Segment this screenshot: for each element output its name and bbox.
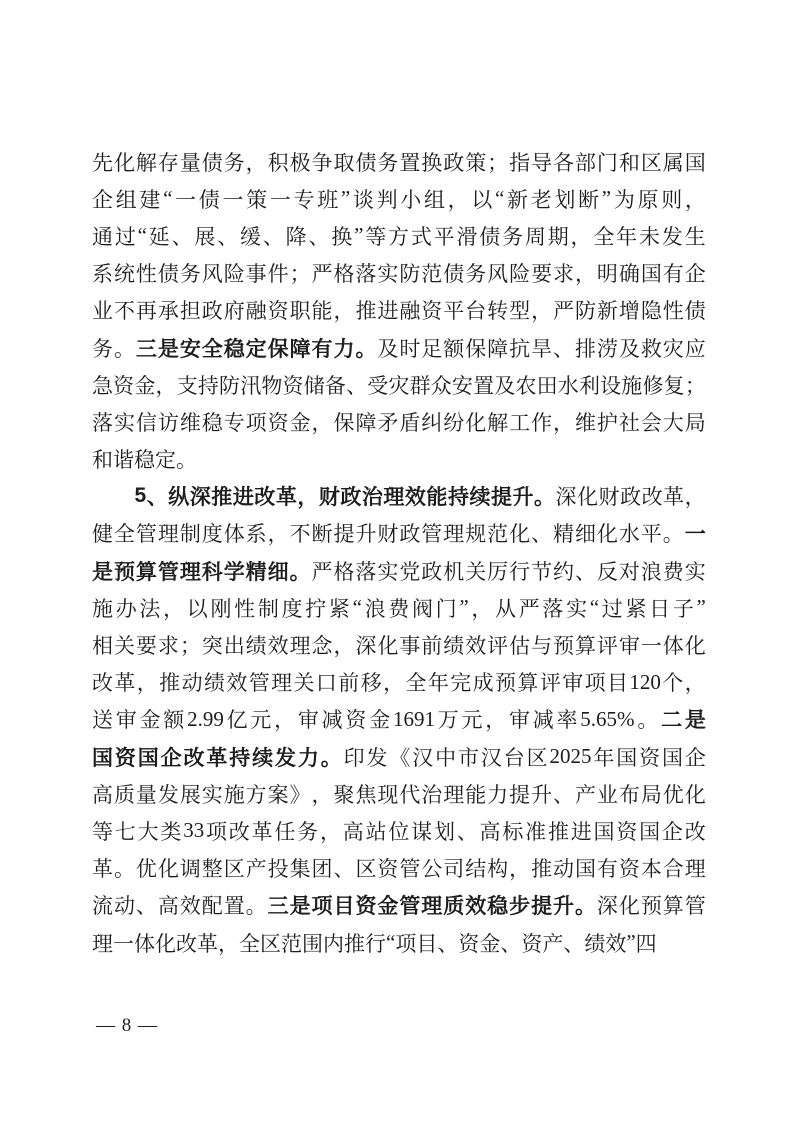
text-token: 政 (443, 147, 464, 177)
text-token: 完 (450, 667, 471, 697)
text-token: 系 (246, 518, 267, 548)
bold-text-token: 升 (553, 890, 574, 920)
text-token: 。 (114, 333, 135, 363)
text-token: 优 (136, 853, 157, 883)
text-token: 印 (344, 742, 365, 772)
text-token: 成 (473, 667, 494, 697)
text-token: 集 (290, 853, 311, 883)
text-token: 务 (377, 147, 398, 177)
text-token: 绩 (584, 928, 605, 958)
text-token: 理 (290, 630, 311, 660)
text-token: 实 (114, 407, 135, 437)
text-token: 汉 (481, 742, 502, 772)
bold-text-token: 质 (443, 890, 464, 920)
text-token: 行 (509, 556, 530, 586)
text-token: 台 (504, 742, 525, 772)
text-token: 发 (662, 221, 683, 251)
text-token: 班 (317, 184, 338, 214)
text-token: 细 (575, 518, 596, 548)
text-token: 取 (333, 147, 354, 177)
text-token: 持 (198, 370, 219, 400)
text-token: 案 (268, 779, 289, 809)
text-token: 念 (312, 630, 333, 660)
text-token: 化 (577, 481, 598, 511)
text-token: 涝 (597, 333, 618, 363)
text-token: 储 (304, 370, 325, 400)
text-token: 再 (136, 295, 157, 325)
text-token: 有 (597, 853, 618, 883)
text-token: 资 (345, 704, 366, 734)
text-token: 资 (458, 928, 479, 958)
text-token: 国 (641, 258, 662, 288)
bold-text-token: 。 (534, 481, 555, 511)
text-token: 升 (531, 779, 552, 809)
text-token: 动 (553, 853, 574, 883)
text-token: 物 (261, 370, 282, 400)
text-token: 统 (114, 258, 135, 288)
text-token: 政 (421, 556, 442, 586)
text-token: 调 (180, 853, 201, 883)
text-token: “ (495, 186, 504, 211)
bold-text-token: 是 (158, 333, 179, 363)
text-line: 急资金，支持防汛物资储备、受灾群众安置及农田水利设施修复； (92, 366, 706, 403)
text-token: 理 (92, 928, 113, 958)
bold-text-token: 。 (290, 556, 311, 586)
text-token: 置 (224, 890, 245, 920)
bold-text-token: 安 (180, 333, 201, 363)
text-token: 以 (471, 184, 492, 214)
text-token: 、 (457, 816, 478, 846)
text-token: 量 (136, 779, 157, 809)
text-token: 站 (366, 816, 387, 846)
text-token: 事 (246, 258, 267, 288)
text-token: 2025 (550, 744, 592, 769)
text-token: 预 (641, 890, 662, 920)
text-token: 、 (217, 221, 238, 251)
bold-text-token: 目 (333, 890, 354, 920)
text-token: 则 (661, 184, 682, 214)
text-token: ， (163, 593, 184, 623)
text-token: 推 (344, 928, 365, 958)
bold-text-token: 定 (246, 333, 267, 363)
text-token: 企 (662, 816, 683, 846)
text-token: 极 (290, 147, 311, 177)
text-token: ， (333, 295, 354, 325)
text-line: 系统性债务风险事件；严格落实防范债务风险要求，明确国有企 (92, 255, 706, 292)
text-token: ， (137, 667, 158, 697)
text-token: ， (685, 184, 706, 214)
text-token: 推 (531, 853, 552, 883)
text-token: 支 (177, 370, 198, 400)
text-token: 隐 (641, 295, 662, 325)
text-token: 反 (597, 556, 618, 586)
text-token: ， (571, 221, 592, 251)
text-token: 内 (323, 928, 344, 958)
bold-text-token: 步 (509, 890, 530, 920)
text-token: 策 (465, 147, 486, 177)
text-token: 解 (136, 147, 157, 177)
text-token: 谐 (113, 444, 134, 474)
text-token: 职 (290, 295, 311, 325)
text-token: 展 (180, 779, 201, 809)
bold-text-token: 企 (161, 742, 182, 772)
text-token: 约 (553, 556, 574, 586)
bold-text-token: 升 (512, 481, 533, 511)
text-token: 紧 (625, 593, 646, 623)
text-token: 增 (619, 295, 640, 325)
text-token: 受 (367, 370, 388, 400)
text-token: ， (312, 779, 333, 809)
text-token: 化 (685, 630, 706, 660)
text-token: 移 (361, 667, 382, 697)
text-token: 区 (260, 928, 281, 958)
text-token: 格 (333, 258, 354, 288)
text-token: 改 (642, 481, 663, 511)
text-token: 质 (114, 779, 135, 809)
text-token: 业 (597, 779, 618, 809)
text-token: 健 (92, 518, 113, 548)
bold-text-token: 力 (333, 333, 354, 363)
text-token: 。 (114, 853, 135, 883)
text-token: 周 (525, 221, 546, 251)
text-token: 格 (333, 556, 354, 586)
text-token: 展 (194, 221, 215, 251)
text-token: 过 (602, 593, 623, 623)
text-token: 性 (663, 295, 684, 325)
text-token: 不 (290, 518, 311, 548)
text-token: 刚 (210, 593, 231, 623)
text-token: 理 (685, 853, 706, 883)
bold-text-token: 推 (211, 481, 232, 511)
text-token: ， (509, 853, 530, 883)
text-token: 风 (487, 258, 508, 288)
text-token: 式 (411, 221, 432, 251)
bold-text-token: 。 (355, 333, 376, 363)
text-token: 治 (421, 779, 442, 809)
text-token: 件 (268, 258, 289, 288)
text-token: 深 (556, 481, 577, 511)
text-token: 农 (515, 370, 536, 400)
text-token: 各 (553, 147, 574, 177)
text-token: 效 (268, 630, 289, 660)
text-token: 规 (465, 518, 486, 548)
text-token: ” (354, 223, 363, 248)
text-token: 革 (92, 853, 113, 883)
text-token: 度 (202, 518, 223, 548)
text-token: 灾 (388, 370, 409, 400)
text-token: ” (459, 595, 468, 620)
text-token: 资 (619, 853, 640, 883)
text-token: 日 (649, 593, 670, 623)
text-token: 及 (619, 333, 640, 363)
text-token: 保 (333, 407, 354, 437)
text-token: 审 (619, 630, 640, 660)
text-token: 准 (525, 816, 546, 846)
text-token: 缓 (240, 221, 261, 251)
text-token: 突 (202, 630, 223, 660)
text-token: 元 (461, 704, 482, 734)
text-token: 化 (465, 407, 486, 437)
text-token: 工 (509, 407, 530, 437)
text-token: 一 (222, 184, 243, 214)
text-token: 评 (597, 630, 618, 660)
text-token: 划 (434, 816, 455, 846)
text-token: 费 (388, 593, 409, 623)
text-token: 高 (92, 779, 113, 809)
text-token: 项 (246, 407, 267, 437)
text-line: 改革，推动绩效管理关口前移，全年完成预算评审项目120个， (92, 664, 706, 701)
text-token: 深 (597, 890, 618, 920)
text-token: 与 (531, 630, 552, 660)
text-token: ， (312, 407, 333, 437)
text-token: 严 (312, 258, 333, 288)
text-token: 从 (495, 593, 516, 623)
text-token: 风 (202, 258, 223, 288)
text-token: 中 (435, 742, 456, 772)
text-token: 个 (662, 667, 683, 697)
text-token: 实 (566, 593, 587, 623)
text-token: 平 (641, 518, 662, 548)
text-token: 严 (519, 593, 540, 623)
bold-text-token: 。 (575, 890, 596, 920)
bold-text-token: 效 (405, 481, 426, 511)
text-token: 应 (685, 333, 706, 363)
text-token: ， (685, 481, 706, 511)
text-token: 旱 (531, 333, 552, 363)
text-token: 建 (139, 184, 160, 214)
text-token: 公 (421, 853, 442, 883)
text-token: 效 (465, 630, 486, 660)
text-token: 断 (578, 184, 599, 214)
text-token: 司 (443, 853, 464, 883)
text-token: 前 (421, 630, 442, 660)
text-token: 评 (540, 667, 561, 697)
text-token: 、 (333, 853, 354, 883)
text-token: 节 (531, 556, 552, 586)
text-token: 防 (399, 258, 420, 288)
text-token: 》 (290, 779, 311, 809)
text-token: 体 (134, 928, 155, 958)
text-token: 及 (494, 370, 515, 400)
bold-text-token: 持 (229, 742, 250, 772)
text-token: 国 (685, 147, 706, 177)
text-token: 本 (641, 853, 662, 883)
text-token: 、 (553, 333, 574, 363)
text-token: 四 (636, 928, 657, 958)
text-token: ” (341, 186, 350, 211)
text-token: 企 (92, 184, 113, 214)
text-token: 口 (316, 667, 337, 697)
text-line: 理一体化改革，全区范围内推行“项目、资金、资产、绩效”四 (92, 924, 706, 961)
text-token: 120 (629, 670, 661, 695)
bold-text-token: 是 (92, 556, 113, 586)
text-token: 提 (509, 779, 530, 809)
text-token: 区 (527, 742, 548, 772)
bold-text-token: ， (297, 481, 318, 511)
text-line: 革。优化调整区产投集团、区资管公司结构，推动国有资本合理 (92, 850, 706, 887)
text-token: 配 (202, 890, 223, 920)
bold-text-token: 提 (491, 481, 512, 511)
text-token: 业 (92, 295, 113, 325)
text-token: 转 (487, 295, 508, 325)
text-token: 机 (443, 556, 464, 586)
text-token: 门 (597, 147, 618, 177)
text-token: 浪 (641, 556, 662, 586)
text-token: 策 (246, 184, 267, 214)
text-token: ； (180, 630, 201, 660)
text-token: 定 (155, 444, 176, 474)
bold-text-token: 预 (114, 556, 135, 586)
text-token: 金 (140, 704, 161, 734)
text-token: 位 (388, 816, 409, 846)
text-token: 政 (399, 518, 420, 548)
text-token: 纷 (443, 407, 464, 437)
text-token: 滑 (456, 221, 477, 251)
text-token: 积 (268, 147, 289, 177)
text-token: 等 (92, 816, 113, 846)
text-line: 通过“延、展、缓、降、换”等方式平滑债务周期，全年未发生 (92, 217, 706, 254)
text-token: 财 (377, 518, 398, 548)
bold-text-token: 稳 (224, 333, 245, 363)
text-token: 、 (136, 890, 157, 920)
text-line: 相关要求；突出绩效理念，深化事前绩效评估与预算评审一体化 (92, 626, 706, 663)
text-token: 生 (685, 221, 706, 251)
text-token: 体 (224, 518, 245, 548)
text-token: 险 (224, 258, 245, 288)
text-token: 组 (424, 184, 445, 214)
text-token: 关 (114, 630, 135, 660)
text-token: 和 (619, 147, 640, 177)
text-token: 整 (202, 853, 223, 883)
text-token: 预 (553, 630, 574, 660)
text-token: 资 (639, 742, 660, 772)
text-line: 国资国企改革持续发力。印发《汉中市汉台区2025年国资国企 (92, 738, 706, 775)
text-token: 市 (458, 742, 479, 772)
text-token: 管 (399, 853, 420, 883)
text-token: 落 (542, 593, 563, 623)
text-token: 推 (355, 295, 376, 325)
text-token: 资 (268, 407, 289, 437)
text-token: 谈 (353, 184, 374, 214)
text-token: 障 (487, 333, 508, 363)
text-token: 审 (116, 704, 137, 734)
text-token: 及 (377, 333, 398, 363)
paragraph-indent (92, 496, 134, 497)
text-token: 务 (465, 258, 486, 288)
text-token: 延 (149, 221, 170, 251)
text-token: 老 (531, 184, 552, 214)
text-token: 全 (114, 518, 135, 548)
text-token: 债 (685, 295, 706, 325)
text-token: 流 (92, 890, 113, 920)
text-token: 群 (410, 370, 431, 400)
bold-text-token: 三 (136, 333, 157, 363)
bold-text-token: 理 (180, 556, 201, 586)
text-token: 区 (355, 853, 376, 883)
text-token: 台 (465, 295, 486, 325)
text-token: 升 (355, 518, 376, 548)
text-token: 要 (136, 630, 157, 660)
text-token: 动 (182, 667, 203, 697)
text-token: 资 (377, 853, 398, 883)
text-token: 体 (663, 630, 684, 660)
text-token: 绩 (443, 630, 464, 660)
text-token: 能 (312, 295, 333, 325)
text-token: ， (531, 295, 552, 325)
text-token: 性 (136, 258, 157, 288)
text-token: 、 (553, 779, 574, 809)
text-line: 先化解存量债务，积极争取债务置换政策；指导各部门和区属国 (92, 143, 706, 180)
text-token: 亿 (227, 704, 248, 734)
text-token: 团 (312, 853, 333, 883)
text-token: 国 (575, 853, 596, 883)
text-token: 金 (369, 704, 390, 734)
text-token: 。 (176, 444, 197, 474)
paragraph: 5、纵深推进改革，财政治理效能持续提升。深化财政改革，健全管理制度体系，不断提升… (92, 478, 706, 961)
text-token: ， (246, 147, 267, 177)
text-token: 改 (685, 816, 706, 846)
text-token: 率 (557, 704, 578, 734)
text-token: 政 (620, 481, 641, 511)
text-line: 务。三是安全稳定保障有力。及时足额保障抗旱、排涝及救灾应 (92, 329, 706, 366)
text-token: 专 (224, 407, 245, 437)
text-token: 维 (180, 407, 201, 437)
text-line: 5、纵深推进改革，财政治理效能持续提升。深化财政改革， (92, 478, 706, 515)
text-token: 费 (663, 556, 684, 586)
bold-text-token: 算 (136, 556, 157, 586)
text-token: 评 (487, 630, 508, 660)
text-token: 革 (197, 928, 218, 958)
bold-text-token: 二 (661, 704, 682, 734)
text-token: 为 (614, 184, 635, 214)
text-token: 全 (239, 928, 260, 958)
text-token: 33 (183, 818, 204, 843)
bold-text-token: 财 (319, 481, 340, 511)
text-token: 任 (274, 816, 295, 846)
text-token: 量 (180, 147, 201, 177)
text-token: 1691 (393, 707, 435, 732)
text-token: 解 (487, 407, 508, 437)
text-token: 合 (663, 853, 684, 883)
text-token: 聚 (333, 779, 354, 809)
text-token: 承 (158, 295, 179, 325)
bold-text-token: 障 (290, 333, 311, 363)
text-token: ， (156, 370, 177, 400)
text-token: 资 (616, 816, 637, 846)
text-token: 投 (268, 853, 289, 883)
text-token: 利 (579, 370, 600, 400)
text-token: 管 (249, 667, 270, 697)
text-token: ” (697, 595, 706, 620)
text-token: 属 (663, 147, 684, 177)
text-token: 类 (160, 816, 181, 846)
text-token: 七 (115, 816, 136, 846)
bold-text-token: 进 (233, 481, 254, 511)
text-token: 范 (281, 928, 302, 958)
text-token: 盾 (399, 407, 420, 437)
text-token: 项 (585, 667, 606, 697)
text-token: 目 (607, 667, 628, 697)
text-token: 优 (663, 779, 684, 809)
text-line: 健全管理制度体系，不断提升财政管理规范化、精细化水平。一 (92, 515, 706, 552)
text-token: 通 (92, 221, 113, 251)
text-token: 目 (416, 928, 437, 958)
text-line: 是预算管理科学精细。严格落实党政机关厉行节约、反对浪费实 (92, 552, 706, 589)
text-token: 担 (180, 295, 201, 325)
text-token: 换 (331, 221, 352, 251)
text-token: 实 (202, 779, 223, 809)
text-token: 项 (395, 928, 416, 958)
